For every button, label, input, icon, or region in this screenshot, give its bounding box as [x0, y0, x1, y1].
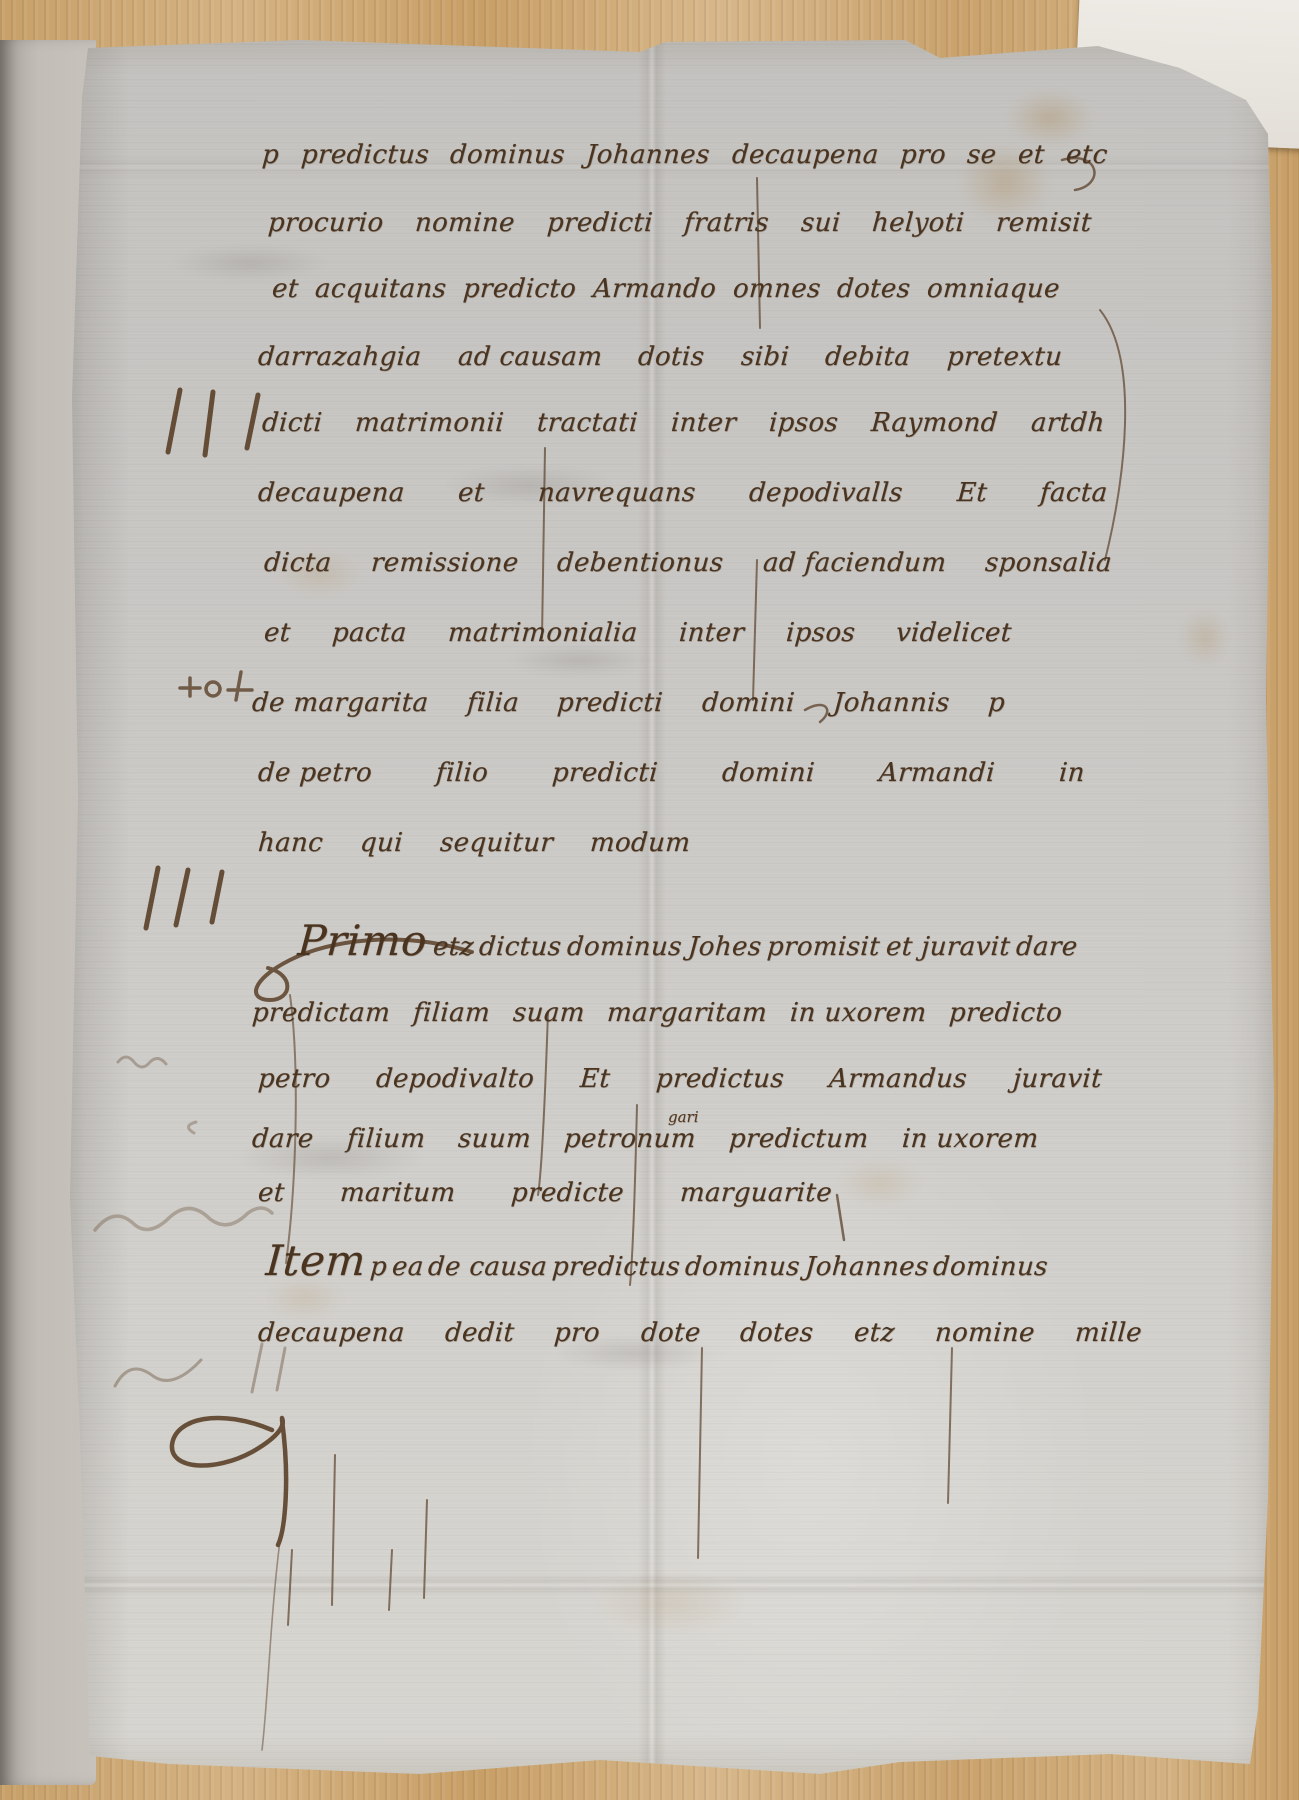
- manuscript-word: Raymond: [870, 408, 999, 438]
- manuscript-word: predictus: [655, 1064, 785, 1094]
- interlinear-note: gari: [668, 1108, 699, 1126]
- manuscript-word: Johannis: [832, 688, 951, 718]
- manuscript-word: acquitans: [314, 274, 448, 304]
- manuscript-word: qui: [359, 828, 404, 858]
- manuscript-word: inter: [678, 618, 745, 648]
- manuscript-word: navrequans: [537, 478, 697, 508]
- manuscript-line: procurionominepredictifratrissuihelyotir…: [268, 208, 1092, 238]
- manuscript-word: et: [263, 618, 292, 648]
- manuscript-word: dictus: [478, 932, 563, 962]
- manuscript-word: dominus: [932, 1252, 1049, 1282]
- manuscript-word: Et: [579, 1064, 611, 1094]
- manuscript-word: suam: [511, 998, 585, 1028]
- manuscript-word: predictam: [251, 998, 391, 1028]
- manuscript-line: de margaritafiliapredictidominiJohannisp: [252, 688, 1005, 718]
- manuscript-word: sequitur: [439, 828, 554, 858]
- manuscript-line: decaupenadeditprodotedotesetznominemille: [258, 1318, 1142, 1348]
- manuscript-word: marguarite: [679, 1178, 833, 1208]
- manuscript-word: nomine: [934, 1318, 1036, 1348]
- manuscript-word: etc: [1065, 140, 1109, 170]
- manuscript-word: remisit: [995, 208, 1093, 238]
- manuscript-word: dotes: [836, 274, 912, 304]
- manuscript-word: artdh: [1030, 408, 1106, 438]
- manuscript-line: darrazahgiaad causamdotissibidebitaprete…: [258, 342, 1062, 372]
- manuscript-word: nomine: [414, 208, 516, 238]
- manuscript-line: etmaritumpredictemarguarite: [258, 1178, 832, 1208]
- manuscript-line: dictaremissionedebentionusad faciendumsp…: [264, 548, 1112, 578]
- manuscript-word: decaupena: [257, 478, 406, 508]
- manuscript-word: dedit: [444, 1318, 516, 1348]
- manuscript-word: de causa: [427, 1252, 548, 1282]
- manuscript-word: pro: [899, 140, 947, 170]
- manuscript-word: predicti: [556, 688, 664, 718]
- manuscript-word: sui: [800, 208, 842, 238]
- manuscript-word: filium: [346, 1124, 426, 1154]
- manuscript-word: decaupena: [257, 1318, 406, 1348]
- manuscript-word: pacta: [331, 618, 408, 648]
- manuscript-word: predictus: [551, 1252, 681, 1282]
- manuscript-word: dicti: [261, 408, 323, 438]
- manuscript-word: p: [369, 1252, 388, 1282]
- manuscript-word: dominus: [449, 140, 566, 170]
- manuscript-word: matrimonialia: [447, 618, 639, 648]
- manuscript-word: et: [1017, 140, 1046, 170]
- manuscript-word: tractati: [536, 408, 639, 438]
- manuscript-word: suum: [457, 1124, 532, 1154]
- manuscript-word: predicto: [462, 274, 577, 304]
- manuscript-word: dominus: [684, 1252, 801, 1282]
- manuscript-word: facta: [1039, 478, 1109, 508]
- manuscript-line: darefiliumsuumpetronumpredictumin uxorem: [252, 1124, 1038, 1154]
- manuscript-word: Johes: [687, 932, 763, 962]
- manuscript-word: et: [457, 478, 486, 508]
- manuscript-word: filia: [466, 688, 520, 718]
- manuscript-word: dotis: [637, 342, 706, 372]
- manuscript-word: in uxorem: [789, 998, 928, 1028]
- manuscript-word: procurio: [267, 208, 385, 238]
- manuscript-word: pro: [553, 1318, 601, 1348]
- manuscript-word: ipsos: [785, 618, 856, 648]
- manuscript-line: etpactamatrimonialiainteripsosvidelicet: [264, 618, 1012, 648]
- manuscript-word: petro: [257, 1064, 332, 1094]
- manuscript-word: fratris: [683, 208, 770, 238]
- manuscript-word: predicti: [551, 758, 659, 788]
- manuscript-word: omnes: [732, 274, 822, 304]
- manuscript-word: maritum: [339, 1178, 457, 1208]
- manuscript-word: sponsalia: [984, 548, 1113, 578]
- manuscript-word: sibi: [740, 342, 790, 372]
- manuscript-word: predicto: [948, 998, 1063, 1028]
- manuscript-word: predictus: [299, 140, 429, 170]
- manuscript-word: domini: [721, 758, 816, 788]
- manuscript-word: predicti: [546, 208, 654, 238]
- manuscript-word: Armando: [592, 274, 717, 304]
- manuscript-word: promisit: [766, 932, 881, 962]
- manuscript-word: Johannes: [804, 1252, 930, 1282]
- manuscript-word: filiam: [412, 998, 491, 1028]
- manuscript-word: remissione: [369, 548, 519, 578]
- manuscript-word: mille: [1074, 1318, 1143, 1348]
- manuscript-word: et juravit: [885, 932, 1011, 962]
- manuscript-word: modum: [589, 828, 691, 858]
- manuscript-word: predictum: [728, 1124, 870, 1154]
- manuscript-photo-scene: ppredictusdominusJohannesdecaupenaprosee…: [0, 0, 1299, 1800]
- manuscript-page: ppredictusdominusJohannesdecaupenaprosee…: [50, 38, 1276, 1774]
- manuscript-line: dictimatrimoniitractatiinteripsosRaymond…: [262, 408, 1105, 438]
- manuscript-line: etacquitanspredictoArmandoomnesdotesomni…: [272, 274, 1060, 304]
- manuscript-word: depodivalls: [748, 478, 904, 508]
- manuscript-line: decaupenaetnavrequansdepodivallsEtfacta: [258, 478, 1108, 508]
- manuscript-word: p: [261, 140, 280, 170]
- manuscript-word: ipsos: [768, 408, 839, 438]
- manuscript-word: pretextu: [946, 342, 1063, 372]
- manuscript-word: p: [987, 688, 1006, 718]
- manuscript-word: in: [1058, 758, 1086, 788]
- manuscript-word: in uxorem: [900, 1124, 1039, 1154]
- manuscript-line: PrimoetzdictusdominusJohespromisitet jur…: [298, 932, 1078, 962]
- manuscript-word: depodivalto: [375, 1064, 535, 1094]
- manuscript-word: petronum: [563, 1124, 697, 1154]
- manuscript-word: margaritam: [606, 998, 768, 1028]
- manuscript-line: petrodepodivaltoEtpredictusArmandusjurav…: [258, 1064, 1102, 1094]
- manuscript-line: Itempeade causapredictusdominusJohannesd…: [266, 1252, 1048, 1282]
- manuscript-word: Et: [956, 478, 988, 508]
- manuscript-line: hancquisequiturmodum: [258, 828, 690, 858]
- manuscript-text-block: ppredictusdominusJohannesdecaupenaprosee…: [50, 38, 1276, 1774]
- manuscript-word: et: [257, 1178, 286, 1208]
- manuscript-word: Johannes: [585, 140, 711, 170]
- manuscript-word: dominus: [566, 932, 683, 962]
- manuscript-word: juravit: [1012, 1064, 1103, 1094]
- manuscript-word: etz: [432, 932, 475, 962]
- manuscript-word: omniaque: [926, 274, 1061, 304]
- manuscript-line: predictamfiliamsuammargaritamin uxorempr…: [252, 998, 1062, 1028]
- manuscript-word: ea: [391, 1252, 425, 1282]
- manuscript-word: matrimonii: [354, 408, 505, 438]
- manuscript-word: debita: [824, 342, 911, 372]
- manuscript-word: dote: [639, 1318, 701, 1348]
- manuscript-word: de petro: [257, 758, 373, 788]
- manuscript-word: se: [966, 140, 998, 170]
- manuscript-word: dare: [1015, 932, 1079, 962]
- manuscript-word: ad causam: [456, 342, 602, 372]
- manuscript-word: Armandi: [878, 758, 996, 788]
- manuscript-word: dotes: [739, 1318, 815, 1348]
- manuscript-word: inter: [670, 408, 737, 438]
- manuscript-word: videlicet: [895, 618, 1013, 648]
- manuscript-word: hanc: [257, 828, 324, 858]
- manuscript-word: dare: [251, 1124, 315, 1154]
- manuscript-word: et: [271, 274, 300, 304]
- manuscript-word: dicta: [263, 548, 333, 578]
- manuscript-word: Armandus: [828, 1064, 968, 1094]
- manuscript-word: de margarita: [251, 688, 430, 718]
- manuscript-word: predicte: [510, 1178, 625, 1208]
- manuscript-word: helyoti: [871, 208, 965, 238]
- manuscript-word: filio: [435, 758, 489, 788]
- manuscript-line: ppredictusdominusJohannesdecaupenaprosee…: [262, 140, 1108, 170]
- manuscript-word: darrazahgia: [257, 342, 422, 372]
- manuscript-word: debentionus: [556, 548, 725, 578]
- manuscript-word: domini: [701, 688, 796, 718]
- manuscript-word: etz: [853, 1318, 896, 1348]
- manuscript-word: decaupena: [731, 140, 880, 170]
- manuscript-line: de petrofiliopredictidominiArmandiin: [258, 758, 1085, 788]
- manuscript-word: ad faciendum: [762, 548, 947, 578]
